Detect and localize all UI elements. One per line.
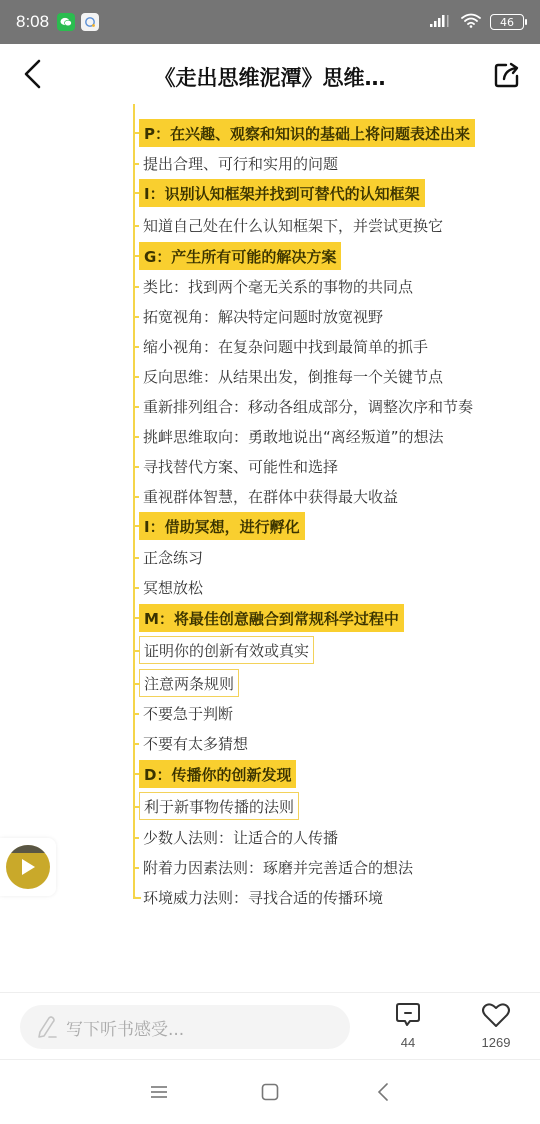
mindmap-node-i2[interactable]: I：借助冥想，进行孵化 [139, 512, 305, 540]
mindmap-node[interactable]: 重新排列组合：移动各组成部分，调整次序和节奏 [139, 393, 477, 419]
floating-audio-player[interactable] [0, 838, 56, 896]
tree-connector-line [133, 104, 135, 899]
comments-button[interactable]: 44 [378, 1001, 438, 1050]
share-button[interactable] [492, 60, 522, 90]
mindmap-node[interactable]: 拓宽视角：解决特定问题时放宽视野 [139, 303, 387, 329]
mindmap-node-i[interactable]: I：识别认知框架并找到可替代的认知框架 [139, 179, 425, 207]
pencil-icon [36, 1015, 58, 1039]
home-icon [261, 1083, 279, 1101]
nav-bar: 《走出思维泥潭》思维… [0, 44, 540, 104]
mindmap-node[interactable]: 不要有太多猜想 [139, 730, 252, 756]
mindmap-node[interactable]: 附着力因素法则：琢磨并完善适合的想法 [139, 854, 417, 880]
comment-placeholder: 写下听书感受... [66, 1015, 184, 1040]
mindmap-node-g[interactable]: G：产生所有可能的解决方案 [139, 242, 341, 270]
mindmap-node[interactable]: 正念练习 [139, 544, 207, 570]
mindmap-node[interactable]: 类比：找到两个毫无关系的事物的共同点 [139, 273, 417, 299]
back-icon [377, 1083, 389, 1101]
home-button[interactable] [258, 1080, 282, 1104]
wechat-icon [57, 13, 75, 31]
heart-icon [481, 1001, 511, 1029]
page-title: 《走出思维泥潭》思维… [0, 62, 540, 92]
wifi-icon [460, 12, 482, 32]
mindmap-node-m[interactable]: M：将最佳创意融合到常规科学过程中 [139, 604, 404, 632]
status-time: 8:08 [16, 12, 49, 32]
mindmap-node[interactable]: 环境威力法则：寻找合适的传播环境 [139, 884, 387, 910]
mindmap-node[interactable]: 少数人法则：让适合的人传播 [139, 824, 342, 850]
likes-count: 1269 [466, 1035, 526, 1050]
bottom-action-bar: 写下听书感受... 44 1269 [0, 992, 540, 1060]
mindmap-node[interactable]: 缩小视角：在复杂问题中找到最简单的抓手 [139, 333, 432, 359]
battery-indicator: 46 [490, 14, 524, 30]
menu-icon [150, 1085, 168, 1099]
mindmap-node[interactable]: 挑衅思维取向：勇敢地说出“离经叛道”的想法 [139, 423, 448, 449]
mindmap-view[interactable]: P：在兴趣、观察和知识的基础上将问题表述出来 提出合理、可行和实用的问题 I：识… [0, 104, 540, 992]
mindmap-node[interactable]: 不要急于判断 [139, 700, 237, 726]
signal-icon [430, 13, 452, 32]
mindmap-node-boxed[interactable]: 利于新事物传播的法则 [139, 792, 299, 820]
menu-button[interactable] [147, 1080, 171, 1104]
mindmap-node-boxed[interactable]: 证明你的创新有效或真实 [139, 636, 314, 664]
system-back-button[interactable] [371, 1080, 395, 1104]
comment-input[interactable]: 写下听书感受... [20, 1005, 350, 1049]
mindmap-node[interactable]: 知道自己处在什么认知框架下，并尝试更换它 [139, 212, 447, 238]
mindmap-node[interactable]: 反向思维：从结果出发，倒推每一个关键节点 [139, 363, 447, 389]
mindmap-node[interactable]: 冥想放松 [139, 574, 207, 600]
status-bar: 8:08 46 [0, 0, 540, 44]
mindmap-node-d[interactable]: D：传播你的创新发现 [139, 760, 296, 788]
mindmap-node-boxed[interactable]: 注意两条规则 [139, 669, 239, 697]
chat-app-icon [81, 13, 99, 31]
comment-icon [394, 1001, 422, 1029]
mindmap-node-p[interactable]: P：在兴趣、观察和知识的基础上将问题表述出来 [139, 119, 475, 147]
player-cover [6, 845, 50, 889]
like-button[interactable]: 1269 [466, 1001, 526, 1050]
play-icon [19, 857, 37, 877]
mindmap-node[interactable]: 寻找替代方案、可能性和选择 [139, 453, 342, 479]
mindmap-node[interactable]: 提出合理、可行和实用的问题 [139, 150, 342, 176]
share-icon [492, 60, 522, 90]
mindmap-node[interactable]: 重视群体智慧，在群体中获得最大收益 [139, 483, 402, 509]
system-nav-bar [0, 1060, 540, 1124]
comments-count: 44 [378, 1035, 438, 1050]
